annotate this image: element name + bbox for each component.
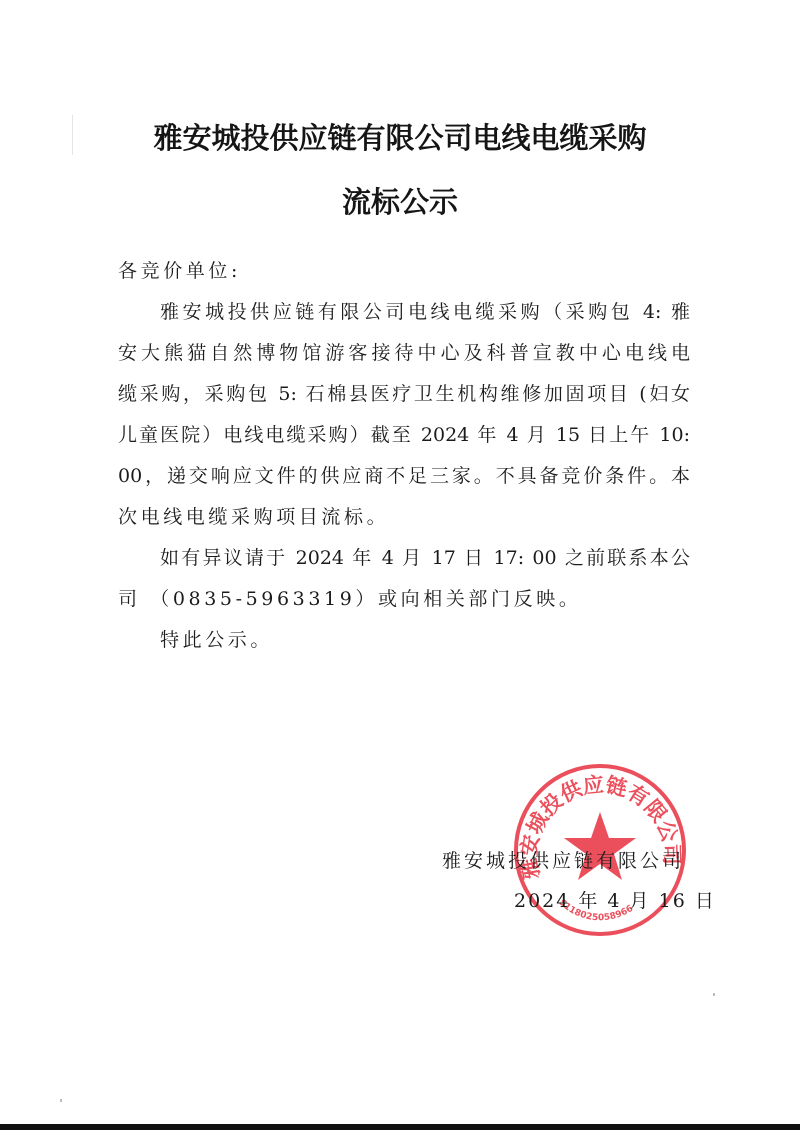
signature-company: 雅安城投供应链有限公司: [442, 849, 684, 873]
document-title: 雅安城投供应链有限公司电线电缆采购: [0, 116, 800, 157]
scan-bottom-edge: [0, 1124, 800, 1130]
signature-date: 2024 年 4 月 16 日: [514, 889, 716, 913]
document-subtitle: 流标公示: [0, 180, 800, 221]
salutation: 各竞价单位:: [118, 259, 690, 283]
body-line: 次电线电缆采购项目流标。: [118, 505, 690, 529]
document-page: 雅安城投供应链有限公司电线电缆采购 流标公示 各竞价单位: 雅安城投供应链有限公…: [0, 0, 800, 1130]
objection-line: 如有异议请于 2024 年 4 月 17 日 17: 00 之前联系本公: [160, 546, 690, 570]
body-line: 缆采购，采购包 5: 石棉县医疗卫生机构维修加固项目 (妇女: [118, 382, 690, 406]
contact-phone-line: 司 （0835-5963319）或向相关部门反映。: [118, 587, 690, 611]
scan-speck: [60, 1099, 62, 1102]
body-line: 儿童医院）电线电缆采购）截至 2024 年 4 月 15 日上午 10:: [118, 423, 690, 447]
closing-line: 特此公示。: [160, 628, 690, 652]
scan-speck: [713, 993, 715, 996]
body-line: 安大熊猫自然博物馆游客接待中心及科普宣教中心电线电: [118, 341, 690, 365]
body-line: 雅安城投供应链有限公司电线电缆采购（采购包 4: 雅: [160, 300, 690, 324]
body-line: 00，递交响应文件的供应商不足三家。不具备竞价条件。本: [118, 464, 690, 488]
